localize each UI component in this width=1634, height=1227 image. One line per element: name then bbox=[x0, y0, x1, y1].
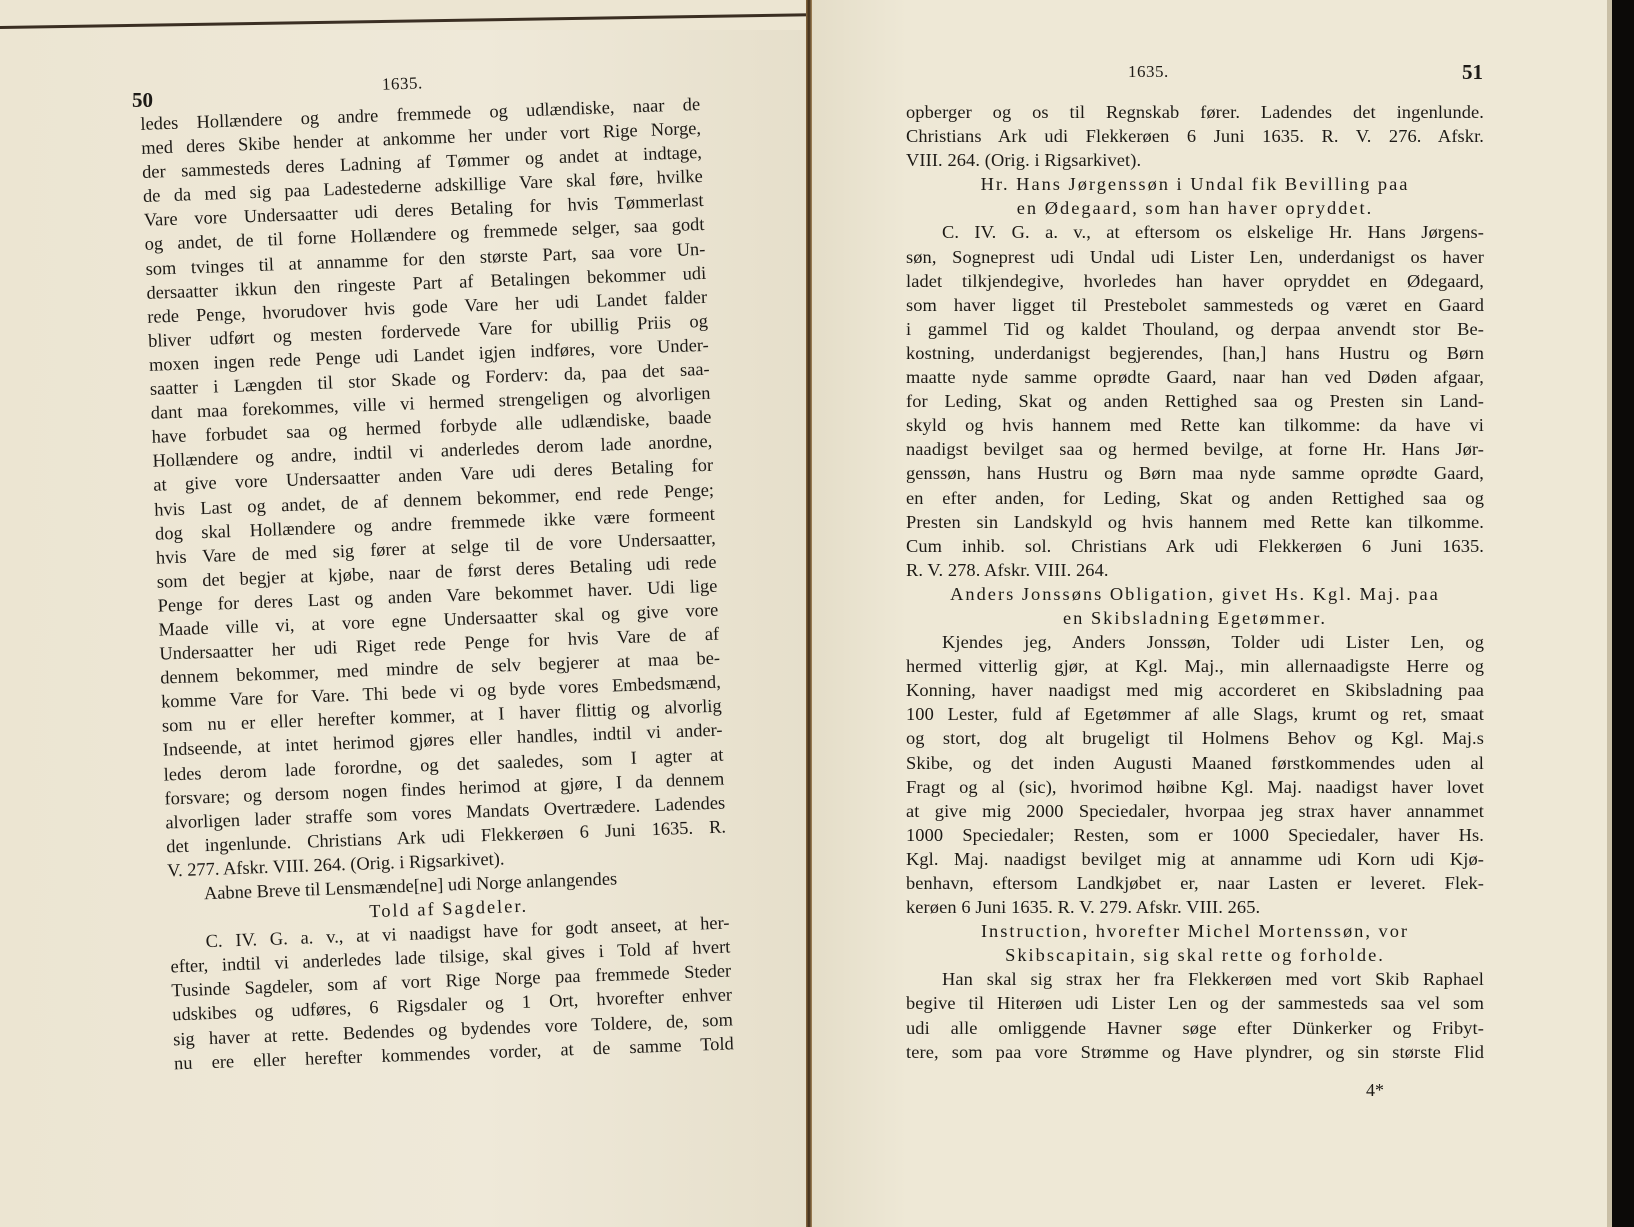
text-line: i gammel Tid og kaldet Thouland, og derp… bbox=[906, 317, 1484, 341]
text-line: Anders Jonssøns Obligation, givet Hs. Kg… bbox=[906, 582, 1484, 606]
text-line: og stort, dog alt brugeligt til Holmens … bbox=[906, 726, 1484, 750]
book-gutter bbox=[806, 0, 812, 1227]
text-line: Kjendes jeg, Anders Jonssøn, Tolder udi … bbox=[906, 630, 1484, 654]
text-line: for Leding, Skat og anden Rettighed saa … bbox=[906, 389, 1484, 413]
text-line: en Ødegaard, som han haver opryddet. bbox=[906, 196, 1484, 220]
right-page-text: opberger og os til Regnskab fører. Laden… bbox=[906, 100, 1484, 1064]
running-head-left: 1635. bbox=[382, 73, 423, 94]
text-line: en efter anden, for Leding, Skat og ande… bbox=[906, 486, 1484, 510]
text-line: Instruction, hvorefter Michel Mortenssøn… bbox=[906, 919, 1484, 943]
text-line: at give mig 2000 Speciedaler, hvorpaa je… bbox=[906, 799, 1484, 823]
text-line: hermed vitterlig gjør, at Kgl. Maj., min… bbox=[906, 654, 1484, 678]
text-line: søn, Sogneprest udi Undal udi Lister Len… bbox=[906, 245, 1484, 269]
page-number-right: 51 bbox=[1462, 60, 1483, 85]
text-line: Skibe, og det inden Augusti Maaned først… bbox=[906, 751, 1484, 775]
text-line: 100 Lester, fuld af Egetømmer af alle Sl… bbox=[906, 702, 1484, 726]
text-line: VIII. 264. (Orig. i Rigsarkivet). bbox=[906, 148, 1484, 172]
text-line: Fragt og al (sic), hvorimod høibne Kgl. … bbox=[906, 775, 1484, 799]
text-line: udi alle omliggende Havner søge efter Dü… bbox=[906, 1016, 1484, 1040]
text-line: kostning, underdanigst begjerendes, [han… bbox=[906, 341, 1484, 365]
text-line: C. IV. G. a. v., at eftersom os elskelig… bbox=[906, 220, 1484, 244]
text-line: opberger og os til Regnskab fører. Laden… bbox=[906, 100, 1484, 124]
text-line: ladet tilkjendegive, hvorledes han haver… bbox=[906, 269, 1484, 293]
text-line: genssøn, hans Hustru og Børn maa nyde sa… bbox=[906, 461, 1484, 485]
signature-mark: 4* bbox=[1366, 1080, 1384, 1101]
text-line: Kgl. Maj. naadigst bevilget mig at annam… bbox=[906, 847, 1484, 871]
text-line: en Skibsladning Egetømmer. bbox=[906, 606, 1484, 630]
text-line: skyld og hvis hannem med Rette kan tilko… bbox=[906, 413, 1484, 437]
text-line: kerøen 6 Juni 1635. R. V. 279. Afskr. VI… bbox=[906, 895, 1484, 919]
scan-border bbox=[1612, 0, 1634, 1227]
text-line: naadigst bevilget saa og hermed bevilge,… bbox=[906, 437, 1484, 461]
text-line: Cum inhib. sol. Christians Ark udi Flekk… bbox=[906, 534, 1484, 558]
text-line: Hr. Hans Jørgenssøn i Undal fik Bevillin… bbox=[906, 172, 1484, 196]
text-line: Han skal sig strax her fra Flekkerøen me… bbox=[906, 967, 1484, 991]
text-line: Presten sin Landskyld og hvis hannem med… bbox=[906, 510, 1484, 534]
text-line: begive til Hiterøen udi Lister Len og de… bbox=[906, 991, 1484, 1015]
text-line: 1000 Speciedaler; Resten, som er 1000 Sp… bbox=[906, 823, 1484, 847]
text-line: benhavn, eftersom Landkjøbet er, naar La… bbox=[906, 871, 1484, 895]
left-page-text: ledes Hollændere og andre fremmede og ud… bbox=[140, 92, 734, 1075]
text-line: maatte nyde samme oprødte Gaard, naar ha… bbox=[906, 365, 1484, 389]
text-line: R. V. 278. Afskr. VIII. 264. bbox=[906, 558, 1484, 582]
running-head-right: 1635. bbox=[1128, 62, 1169, 82]
text-line: Christians Ark udi Flekkerøen 6 Juni 163… bbox=[906, 124, 1484, 148]
page-number-left: 50 bbox=[132, 88, 153, 113]
text-line: som haver ligget til Prestebolet sammest… bbox=[906, 293, 1484, 317]
text-line: Skibscapitain, sig skal rette og forhold… bbox=[906, 943, 1484, 967]
text-line: tere, som paa vore Strømme og Have plynd… bbox=[906, 1040, 1484, 1064]
text-line: Konning, haver naadigst med mig accorder… bbox=[906, 678, 1484, 702]
